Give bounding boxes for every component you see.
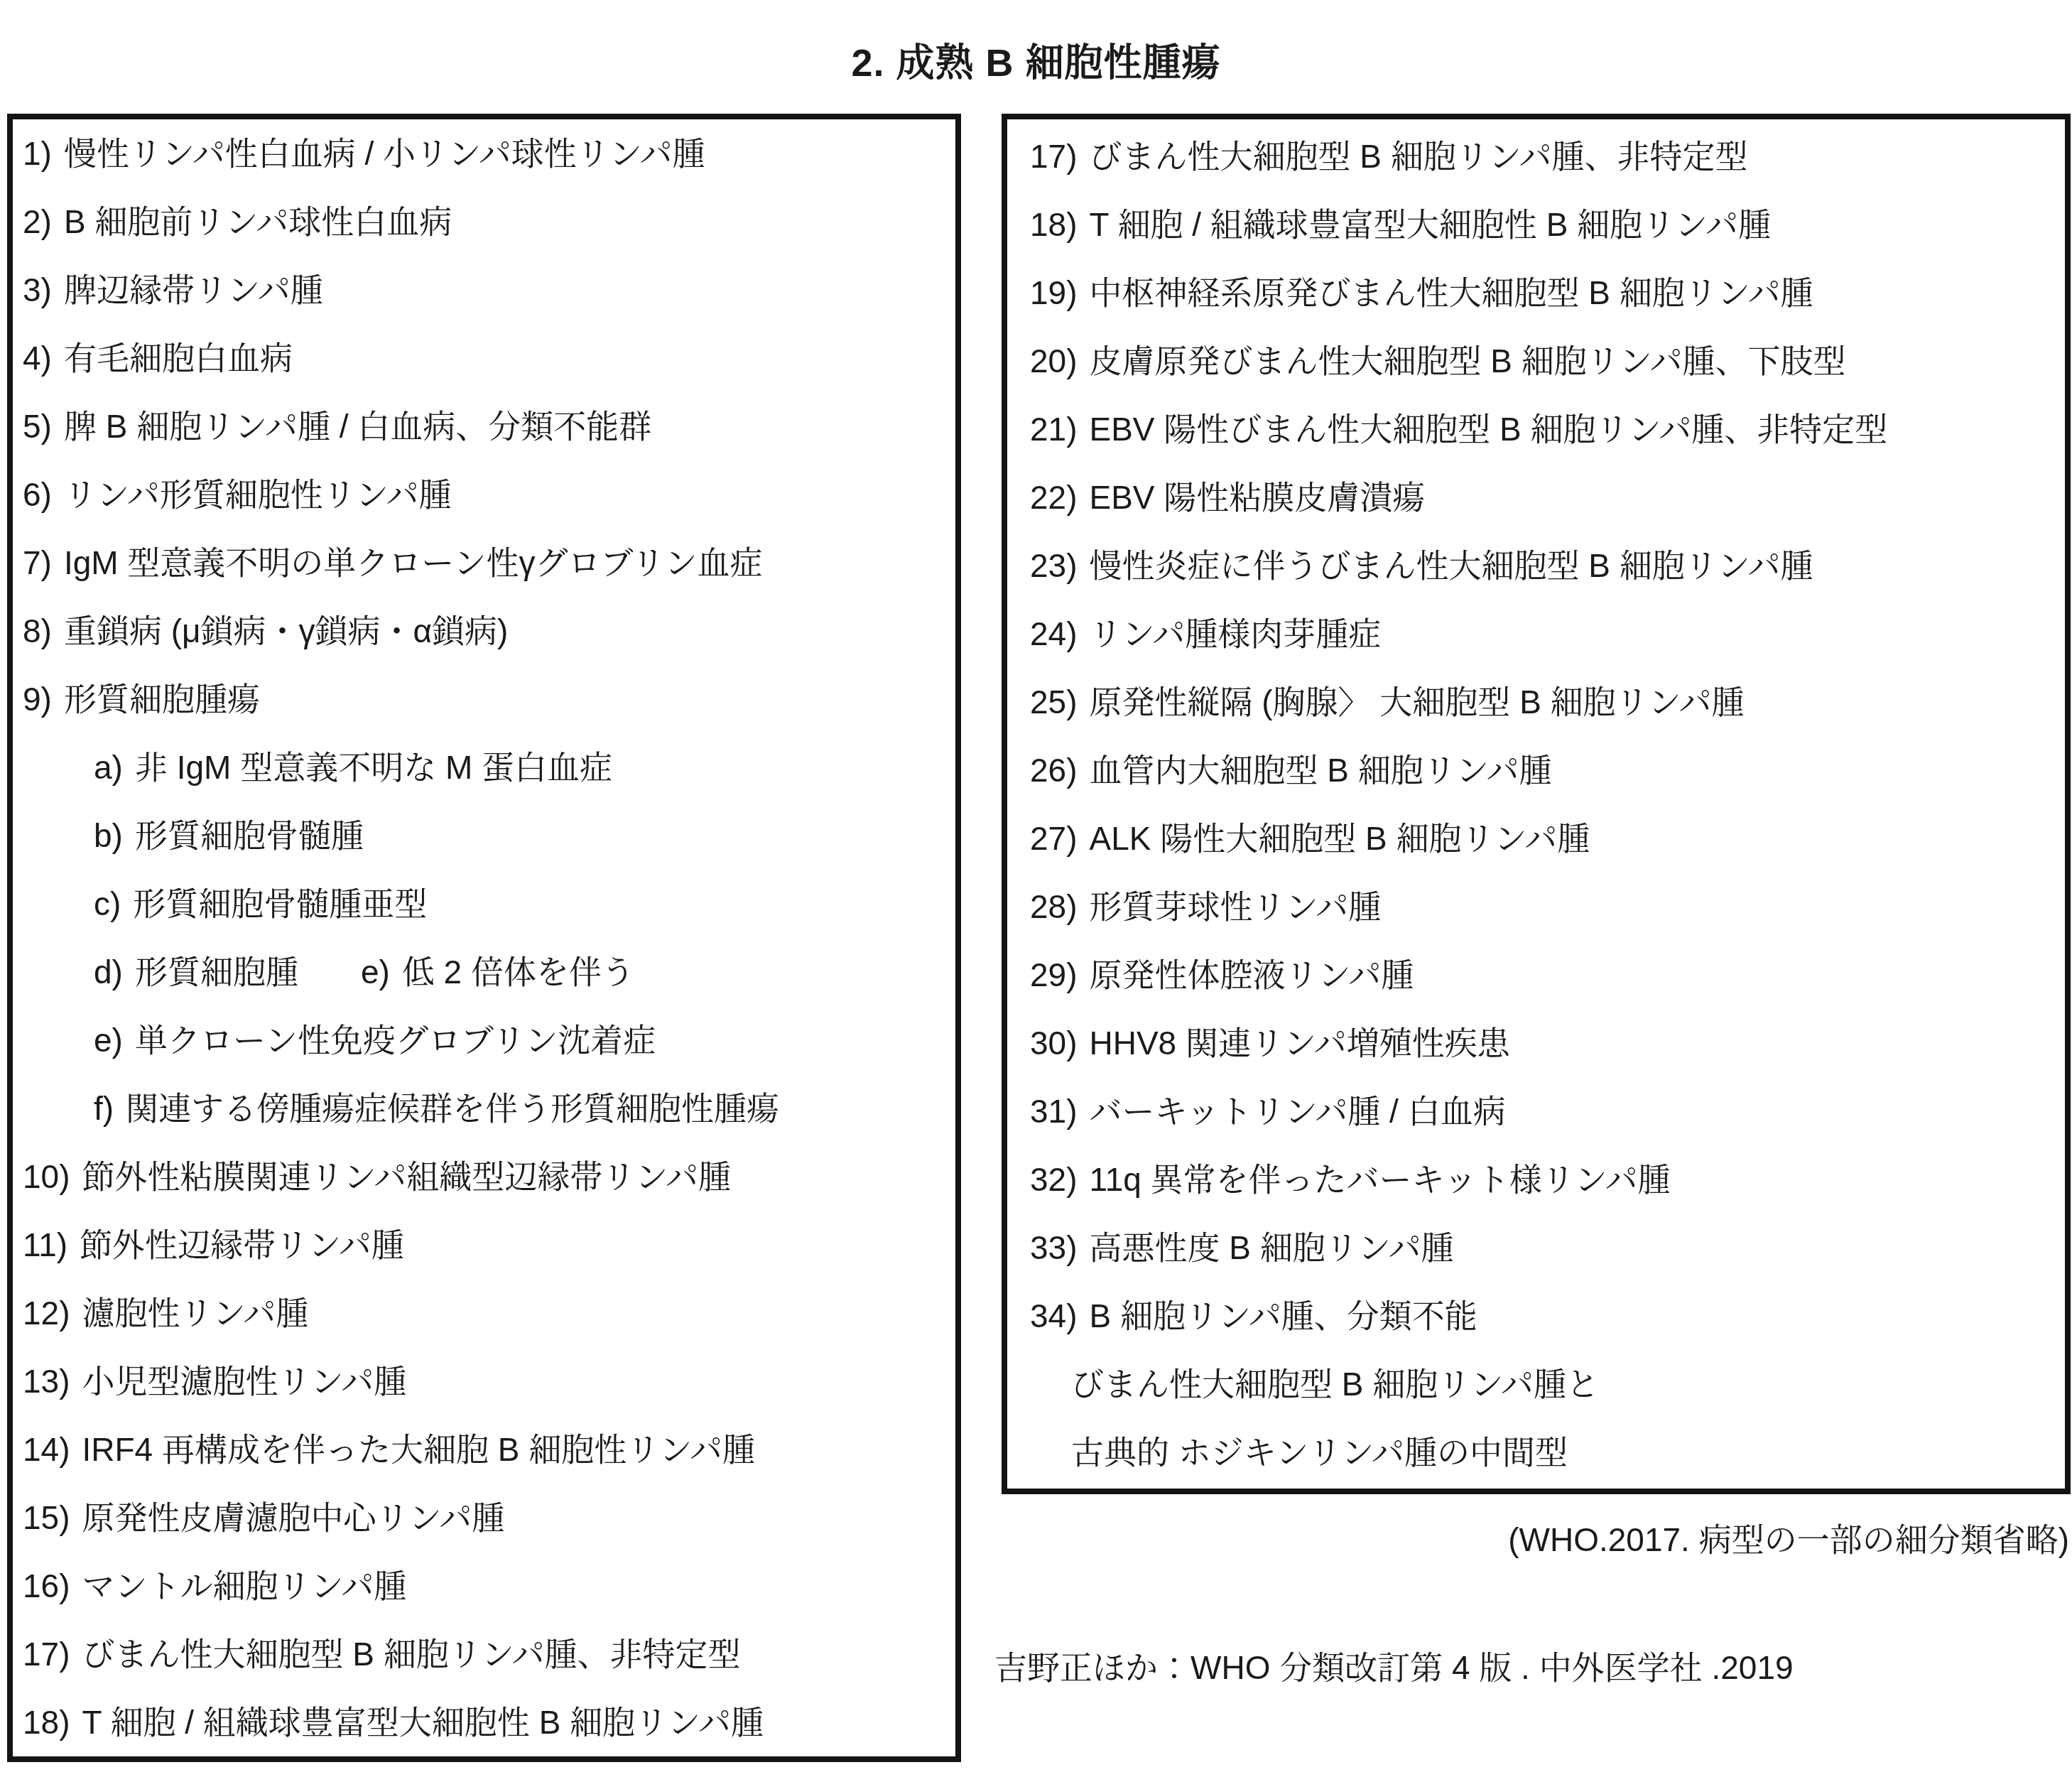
list-item: 2)B 細胞前リンパ球性白血病: [23, 188, 948, 256]
list-item: 17)びまん性大細胞型 B 細胞リンパ腫、非特定型: [1030, 122, 2058, 190]
item-text: 11q 異常を伴ったバーキット様リンパ腫: [1089, 1145, 1670, 1214]
item-text: 皮膚原発びまん性大細胞型 B 細胞リンパ腫、下肢型: [1089, 327, 1845, 395]
item-number-2: e): [361, 938, 390, 1006]
list-item: 10)節外性粘膜関連リンパ組織型辺縁帯リンパ腫: [23, 1143, 948, 1211]
item-number: 4): [23, 324, 52, 392]
item-number: 3): [23, 256, 52, 324]
item-text: マントル細胞リンパ腫: [82, 1552, 406, 1620]
item-text: ALK 陽性大細胞型 B 細胞リンパ腫: [1089, 804, 1590, 873]
item-text: びまん性大細胞型 B 細胞リンパ腫、非特定型: [1089, 122, 1747, 190]
list-item: 17)びまん性大細胞型 B 細胞リンパ腫、非特定型: [23, 1620, 948, 1688]
list-item: 8)重鎖病 (μ鎖病・γ鎖病・α鎖病): [23, 597, 948, 665]
list-item: 6)リンパ形質細胞性リンパ腫: [23, 460, 948, 529]
list-item: 1)慢性リンパ性白血病 / 小リンパ球性リンパ腫: [23, 119, 948, 188]
list-item: 5)脾 B 細胞リンパ腫 / 白血病、分類不能群: [23, 392, 948, 460]
list-item: 3)脾辺縁帯リンパ腫: [23, 256, 948, 324]
item-text: 小児型濾胞性リンパ腫: [82, 1347, 406, 1415]
list-item: 4)有毛細胞白血病: [23, 324, 948, 392]
list-item: 32)11q 異常を伴ったバーキット様リンパ腫: [1030, 1145, 2058, 1214]
item-number: e): [94, 1006, 123, 1074]
item-number: 23): [1030, 531, 1077, 600]
classification-box-left: 1)慢性リンパ性白血病 / 小リンパ球性リンパ腫 2)B 細胞前リンパ球性白血病…: [7, 114, 961, 1762]
list-item: 25)原発性縦隔 (胸腺〉 大細胞型 B 細胞リンパ腫: [1030, 668, 2058, 736]
item-number: 31): [1030, 1077, 1077, 1145]
list-item: 33)高悪性度 B 細胞リンパ腫: [1030, 1214, 2058, 1282]
list-item: 30)HHV8 関連リンパ増殖性疾患: [1030, 1009, 2058, 1077]
item-number: f): [94, 1074, 114, 1143]
item-text: 非 IgM 型意義不明な M 蛋白血症: [135, 733, 612, 801]
item-text: HHV8 関連リンパ増殖性疾患: [1089, 1009, 1509, 1077]
item-number: 8): [23, 597, 52, 665]
item-number: 26): [1030, 736, 1077, 804]
item-text: バーキットリンパ腫 / 白血病: [1089, 1077, 1505, 1145]
item-text: 原発性皮膚濾胞中心リンパ腫: [82, 1484, 504, 1552]
list-item-continuation: びまん性大細胞型 B 細胞リンパ腫と: [1030, 1350, 2058, 1418]
item-text: 重鎖病 (μ鎖病・γ鎖病・α鎖病): [64, 597, 509, 665]
list-item: 13)小児型濾胞性リンパ腫: [23, 1347, 948, 1415]
item-text: T 細胞 / 組織球豊富型大細胞性 B 細胞リンパ腫: [1089, 190, 1770, 259]
item-text: T 細胞 / 組織球豊富型大細胞性 B 細胞リンパ腫: [82, 1688, 763, 1756]
item-text: 形質細胞骨髄腫亜型: [133, 870, 427, 938]
item-number: 32): [1030, 1145, 1077, 1214]
list-item-continuation: 古典的 ホジキンリンパ腫の中間型: [1030, 1418, 2058, 1486]
item-number: a): [94, 733, 123, 801]
list-subitem: a)非 IgM 型意義不明な M 蛋白血症: [23, 733, 948, 801]
item-text: EBV 陽性びまん性大細胞型 B 細胞リンパ腫、非特定型: [1089, 395, 1887, 463]
list-item: 28)形質芽球性リンパ腫: [1030, 873, 2058, 941]
item-text: 原発性体腔液リンパ腫: [1089, 941, 1414, 1009]
item-number: 12): [23, 1279, 70, 1347]
item-text: B 細胞前リンパ球性白血病: [64, 188, 452, 256]
item-text: 濾胞性リンパ腫: [82, 1279, 308, 1347]
list-item: 31)バーキットリンパ腫 / 白血病: [1030, 1077, 2058, 1145]
item-text: 節外性粘膜関連リンパ組織型辺縁帯リンパ腫: [82, 1143, 731, 1211]
list-item: 11)節外性辺縁帯リンパ腫: [23, 1211, 948, 1279]
list-item: 34)B 細胞リンパ腫、分類不能: [1030, 1282, 2058, 1350]
item-number: 22): [1030, 463, 1077, 531]
item-text: IRF4 再構成を伴った大細胞 B 細胞性リンパ腫: [82, 1415, 754, 1484]
item-number: 34): [1030, 1282, 1077, 1350]
item-number: 18): [23, 1688, 70, 1756]
item-number: 11): [23, 1211, 67, 1279]
document-page: 2. 成熟 B 細胞性腫瘍 1)慢性リンパ性白血病 / 小リンパ球性リンパ腫 2…: [0, 0, 2072, 1777]
item-number: 5): [23, 392, 52, 460]
item-number: d): [94, 938, 123, 1006]
list-item: 29)原発性体腔液リンパ腫: [1030, 941, 2058, 1009]
list-item: 15)原発性皮膚濾胞中心リンパ腫: [23, 1484, 948, 1552]
item-text: EBV 陽性粘膜皮膚潰瘍: [1089, 463, 1425, 531]
item-text: 形質細胞骨髄腫: [135, 801, 364, 870]
list-subitem: f)関連する傍腫瘍症候群を伴う形質細胞性腫瘍: [23, 1074, 948, 1143]
item-text: びまん性大細胞型 B 細胞リンパ腫、非特定型: [82, 1620, 740, 1688]
item-text: 形質細胞腫瘍: [64, 665, 260, 733]
item-number: 21): [1030, 395, 1077, 463]
list-item: 20)皮膚原発びまん性大細胞型 B 細胞リンパ腫、下肢型: [1030, 327, 2058, 395]
item-text: 脾 B 細胞リンパ腫 / 白血病、分類不能群: [64, 392, 651, 460]
list-item: 7)IgM 型意義不明の単クローン性γグロブリン血症: [23, 529, 948, 597]
item-number: 17): [23, 1620, 70, 1688]
item-text: 原発性縦隔 (胸腺〉 大細胞型 B 細胞リンパ腫: [1089, 668, 1744, 736]
list-subitem: d)形質細胞腫e)低 2 倍体を伴う: [23, 938, 948, 1006]
item-number: 10): [23, 1143, 70, 1211]
item-number: 2): [23, 188, 52, 256]
item-text: 単クローン性免疫グロブリン沈着症: [135, 1006, 656, 1074]
classification-box-right: 17)びまん性大細胞型 B 細胞リンパ腫、非特定型 18)T 細胞 / 組織球豊…: [1002, 114, 2071, 1494]
item-number: 29): [1030, 941, 1077, 1009]
list-subitem: e)単クローン性免疫グロブリン沈着症: [23, 1006, 948, 1074]
item-text: IgM 型意義不明の単クローン性γグロブリン血症: [64, 529, 763, 597]
item-number: 24): [1030, 600, 1077, 668]
item-text: 形質細胞腫: [135, 938, 298, 1006]
item-number: c): [94, 870, 121, 938]
item-text: 有毛細胞白血病: [64, 324, 293, 392]
list-item: 24)リンパ腫様肉芽腫症: [1030, 600, 2058, 668]
item-text: 中枢神経系原発びまん性大細胞型 B 細胞リンパ腫: [1089, 259, 1813, 327]
item-number: 33): [1030, 1214, 1077, 1282]
list-item: 26)血管内大細胞型 B 細胞リンパ腫: [1030, 736, 2058, 804]
list-item: 23)慢性炎症に伴うびまん性大細胞型 B 細胞リンパ腫: [1030, 531, 2058, 600]
list-item: 21)EBV 陽性びまん性大細胞型 B 細胞リンパ腫、非特定型: [1030, 395, 2058, 463]
item-number: 18): [1030, 190, 1077, 259]
item-number: 13): [23, 1347, 70, 1415]
citation: 吉野正ほか：WHO 分類改訂第 4 版 . 中外医学社 .2019: [994, 1643, 1794, 1692]
item-number: b): [94, 801, 123, 870]
item-text: 関連する傍腫瘍症候群を伴う形質細胞性腫瘍: [126, 1074, 779, 1143]
item-number: 1): [23, 119, 52, 188]
list-item: 22)EBV 陽性粘膜皮膚潰瘍: [1030, 463, 2058, 531]
list-item: 18)T 細胞 / 組織球豊富型大細胞性 B 細胞リンパ腫: [1030, 190, 2058, 259]
item-number: 27): [1030, 804, 1077, 873]
item-number: 9): [23, 665, 52, 733]
list-subitem: c)形質細胞骨髄腫亜型: [23, 870, 948, 938]
list-item: 19)中枢神経系原発びまん性大細胞型 B 細胞リンパ腫: [1030, 259, 2058, 327]
item-text: 脾辺縁帯リンパ腫: [64, 256, 323, 324]
source-note: (WHO.2017. 病型の一部の細分類省略): [1508, 1515, 2069, 1565]
item-number: 17): [1030, 122, 1077, 190]
list-item: 14)IRF4 再構成を伴った大細胞 B 細胞性リンパ腫: [23, 1415, 948, 1484]
item-number: 6): [23, 460, 52, 529]
item-number: 25): [1030, 668, 1077, 736]
item-number: 28): [1030, 873, 1077, 941]
item-text: 節外性辺縁帯リンパ腫: [80, 1211, 404, 1279]
list-subitem: b)形質細胞骨髄腫: [23, 801, 948, 870]
item-number: 20): [1030, 327, 1077, 395]
list-item: 9)形質細胞腫瘍: [23, 665, 948, 733]
list-item: 27)ALK 陽性大細胞型 B 細胞リンパ腫: [1030, 804, 2058, 873]
item-number: 7): [23, 529, 52, 597]
item-text: リンパ腫様肉芽腫症: [1089, 600, 1381, 668]
item-number: 14): [23, 1415, 70, 1484]
page-title: 2. 成熟 B 細胞性腫瘍: [0, 33, 2072, 87]
list-item: 18)T 細胞 / 組織球豊富型大細胞性 B 細胞リンパ腫: [23, 1688, 948, 1756]
item-number: 15): [23, 1484, 70, 1552]
item-text: 高悪性度 B 細胞リンパ腫: [1089, 1214, 1453, 1282]
list-item: 16)マントル細胞リンパ腫: [23, 1552, 948, 1620]
item-number: 16): [23, 1552, 70, 1620]
item-number: 30): [1030, 1009, 1077, 1077]
item-text: 血管内大細胞型 B 細胞リンパ腫: [1089, 736, 1551, 804]
item-text: びまん性大細胞型 B 細胞リンパ腫と: [1071, 1350, 1599, 1418]
item-text-2: 低 2 倍体を伴う: [402, 938, 634, 1006]
item-text: 古典的 ホジキンリンパ腫の中間型: [1071, 1418, 1568, 1486]
item-text: 形質芽球性リンパ腫: [1089, 873, 1381, 941]
item-text: 慢性炎症に伴うびまん性大細胞型 B 細胞リンパ腫: [1089, 531, 1813, 600]
list-item: 12)濾胞性リンパ腫: [23, 1279, 948, 1347]
item-text: リンパ形質細胞性リンパ腫: [64, 460, 452, 529]
item-number: 19): [1030, 259, 1077, 327]
item-text: B 細胞リンパ腫、分類不能: [1089, 1282, 1477, 1350]
item-text: 慢性リンパ性白血病 / 小リンパ球性リンパ腫: [64, 119, 705, 188]
